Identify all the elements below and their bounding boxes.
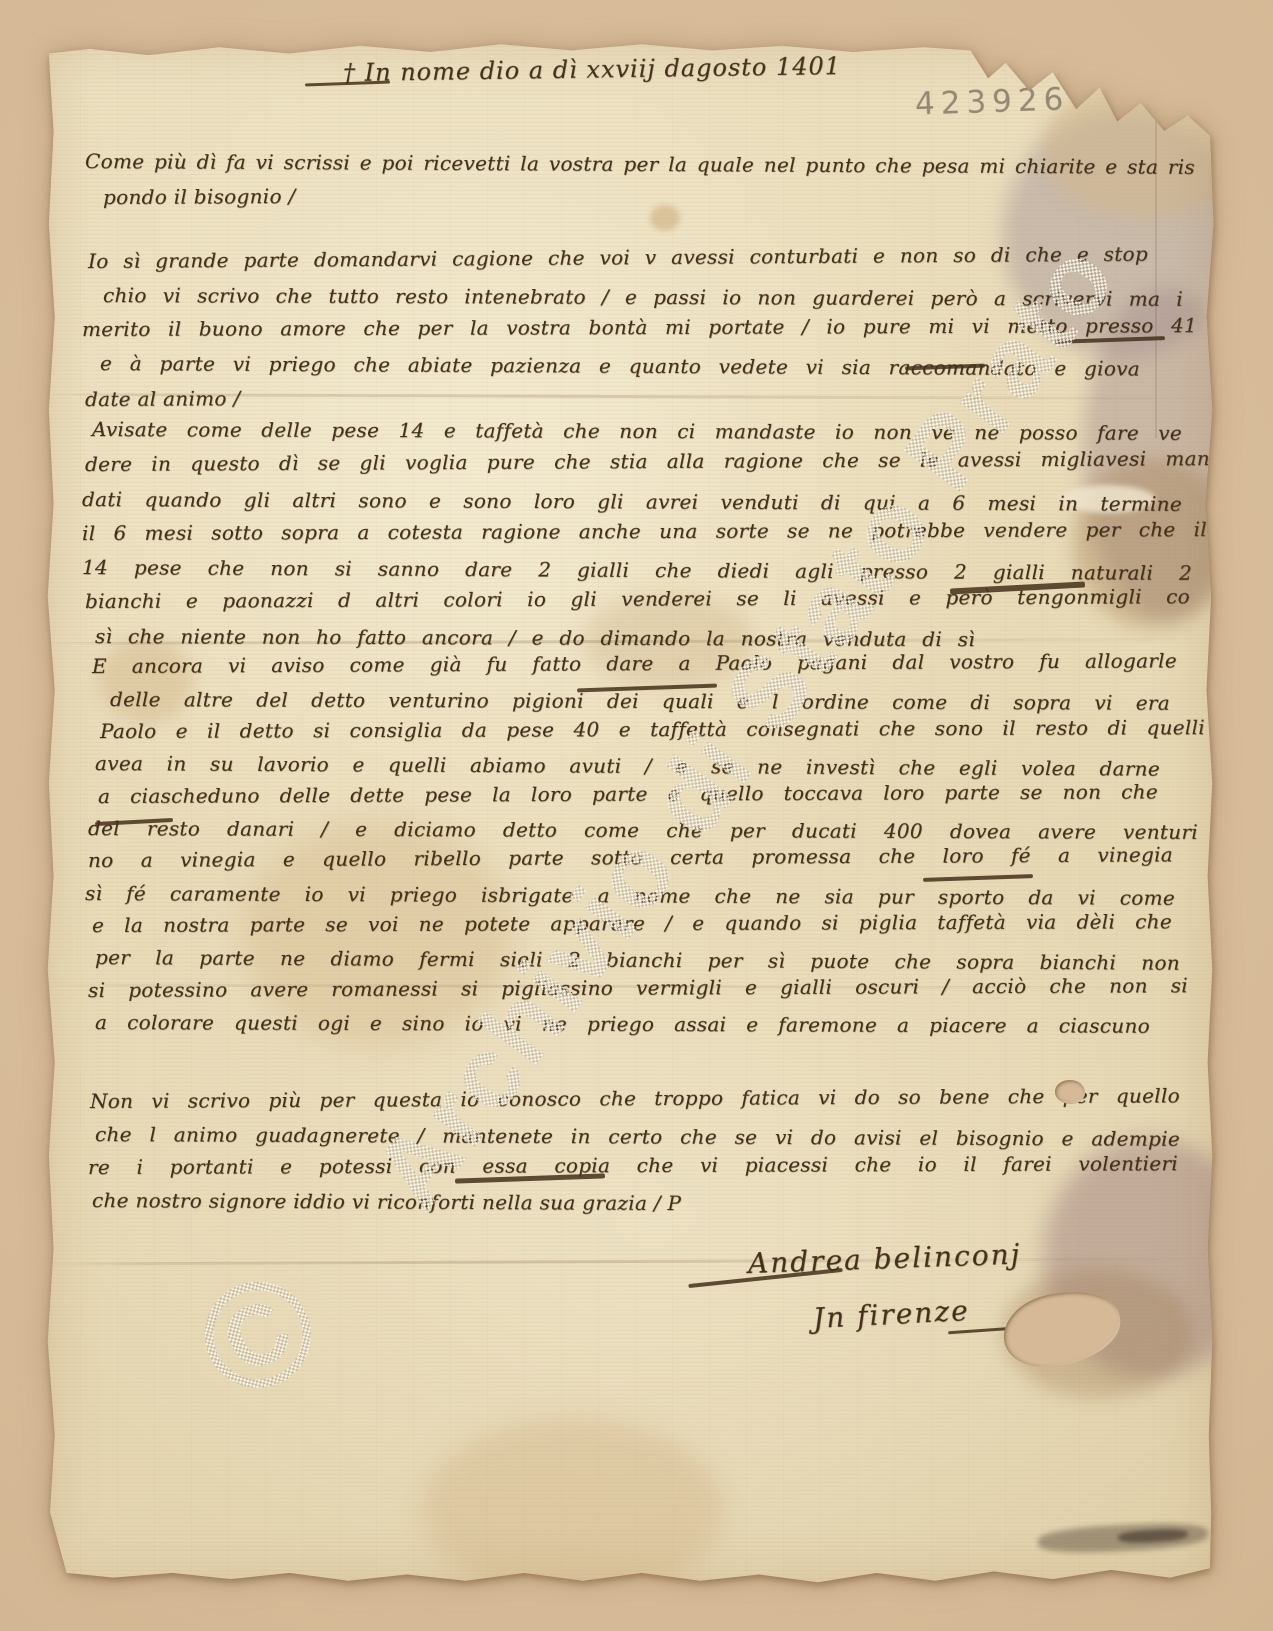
paper-surface: † In nome dio a dì xxviij dagosto 1401 4… <box>43 38 1217 1590</box>
scanned-manuscript-letter: † In nome dio a dì xxviij dagosto 1401 4… <box>0 0 1273 1631</box>
paper-edge-shading <box>43 38 1217 1590</box>
paper-sheet: † In nome dio a dì xxviij dagosto 1401 4… <box>43 38 1217 1590</box>
